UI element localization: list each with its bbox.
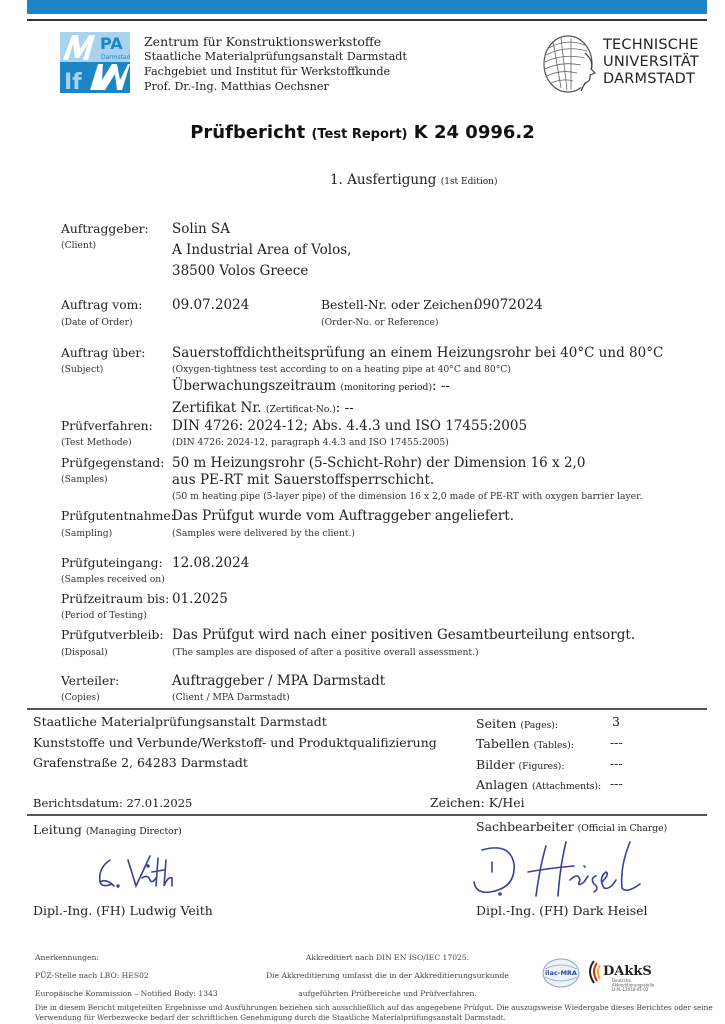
role-label: Leitung — [33, 822, 82, 837]
stat-label-en: (Attachments): — [532, 781, 601, 792]
report-number: K 24 0996.2 — [414, 122, 535, 143]
edition-label: 1. Ausfertigung — [330, 172, 436, 188]
sampling-value: Das Prüfgut wurde vom Auftraggeber angel… — [172, 508, 514, 524]
order-date-value: 09.07.2024 — [172, 297, 249, 313]
accreditation-line: Die Akkreditierung umfasst die in der Ak… — [255, 967, 520, 985]
stat-tables-value: --- — [610, 735, 623, 750]
stat-label: Tabellen — [476, 736, 530, 751]
institute-line: Fachgebiet und Institut für Werkstoffkun… — [144, 64, 407, 79]
sampling-label-en: (Sampling) — [61, 528, 112, 539]
address-line: Staatliche Materialprüfungsanstalt Darms… — [33, 714, 327, 729]
stat-label-en: (Figures): — [519, 761, 565, 772]
samples-label-en: (Samples) — [61, 474, 108, 485]
client-label-en: (Client) — [61, 240, 96, 251]
monitoring-period: Überwachungszeitraum (monitoring period)… — [172, 378, 450, 394]
received-label: Prüfguteingang: — [61, 556, 163, 570]
sampling-label: Prüfgutentnahme: — [61, 509, 175, 523]
disposal-label-en: (Disposal) — [61, 647, 108, 658]
svg-text:If: If — [64, 70, 82, 93]
samples-value-en: (50 m heating pipe (5-layer pipe) of the… — [172, 491, 642, 502]
certificate-number: Zertifikat Nr. (Zertificat-No.): -- — [172, 400, 354, 416]
title-prefix: Prüfbericht — [190, 122, 305, 143]
cert-value: : -- — [336, 400, 354, 416]
title-subtitle: (Test Report) — [311, 127, 407, 142]
copies-value-en: (Client / MPA Darmstadt) — [172, 692, 290, 703]
stat-label: Bilder — [476, 757, 515, 772]
university-line: UNIVERSITÄT — [603, 54, 699, 71]
subject-value: Sauerstoffdichtheitsprüfung an einem Hei… — [172, 345, 663, 361]
disposal-value-en: (The samples are disposed of after a pos… — [172, 647, 479, 658]
dakks-badge: DAkkS Deutsche Akkreditierungsstelle D-P… — [584, 955, 684, 993]
order-date-label: Auftrag vom: — [61, 298, 142, 312]
role-label-en: (Official in Charge) — [578, 823, 668, 834]
copies-value: Auftraggeber / MPA Darmstadt — [172, 673, 385, 689]
top-color-bar — [27, 0, 707, 14]
period-value: 01.2025 — [172, 591, 228, 607]
order-no-value: 09072024 — [474, 297, 543, 313]
disposal-label: Prüfgutverbleib: — [61, 628, 164, 642]
svg-text:PA: PA — [100, 34, 123, 53]
stat-label-en: (Tables): — [534, 740, 574, 751]
section-divider — [27, 708, 707, 710]
left-signer-name: Dipl.-Ing. (FH) Ludwig Veith — [33, 903, 213, 918]
svg-text:DAkkS: DAkkS — [603, 964, 652, 979]
university-name: TECHNISCHE UNIVERSITÄT DARMSTADT — [603, 37, 699, 88]
right-signer-role: Sachbearbeiter (Official in Charge) — [476, 819, 667, 834]
stat-pages: Seiten (Pages): — [476, 716, 558, 731]
samples-line: aus PE-RT mit Sauerstoffsperrschicht. — [172, 472, 434, 488]
institute-header: Zentrum für Konstruktionswerkstoffe Staa… — [144, 34, 407, 94]
recognition-line: Europäische Kommission – Notified Body: … — [35, 989, 218, 998]
method-label: Prüfverfahren: — [61, 419, 153, 433]
university-line: DARMSTADT — [603, 71, 699, 88]
legal-disclaimer: Die in diesem Bericht mitgeteilten Ergeb… — [35, 1003, 715, 1022]
samples-label: Prüfgegenstand: — [61, 456, 164, 470]
report-title: Prüfbericht (Test Report) K 24 0996.2 — [0, 122, 725, 143]
client-address: A Industrial Area of Volos, — [172, 242, 351, 258]
recognitions-label: Anerkennungen: — [35, 953, 99, 962]
address-line: Kunststoffe und Verbunde/Werkstoff- und … — [33, 735, 437, 750]
monitoring-label: Überwachungszeitraum — [172, 378, 336, 394]
accreditation-line: Akkreditiert nach DIN EN ISO/IEC 17025. — [255, 949, 520, 967]
stat-label: Seiten — [476, 716, 516, 731]
institute-line: Prof. Dr.-Ing. Matthias Oechsner — [144, 79, 407, 94]
client-label: Auftraggeber: — [61, 222, 149, 236]
order-no-label-en: (Order-No. or Reference) — [321, 317, 439, 328]
svg-text:Darmstadt: Darmstadt — [101, 54, 130, 61]
order-date-label-en: (Date of Order) — [61, 317, 133, 328]
svg-text:D-PL-12018-01-02: D-PL-12018-01-02 — [612, 987, 649, 992]
accreditation-statement: Akkreditiert nach DIN EN ISO/IEC 17025. … — [255, 949, 520, 1003]
monitoring-value: : -- — [432, 378, 450, 394]
stat-figures: Bilder (Figures): — [476, 757, 564, 772]
stat-label-en: (Pages): — [520, 720, 558, 731]
address-line: Grafenstraße 2, 64283 Darmstadt — [33, 755, 248, 770]
received-label-en: (Samples received on) — [61, 574, 165, 585]
subject-label-en: (Subject) — [61, 364, 103, 375]
stat-attachments: Anlagen (Attachments): — [476, 777, 601, 792]
period-label-en: (Period of Testing) — [61, 610, 147, 621]
stat-pages-value: 3 — [612, 714, 620, 729]
institute-line: Zentrum für Konstruktionswerkstoffe — [144, 34, 407, 49]
role-label-en: (Managing Director) — [86, 826, 182, 837]
copies-label-en: (Copies) — [61, 692, 100, 703]
signature-veith — [92, 848, 187, 893]
athena-head-logo — [541, 33, 599, 95]
svg-text:ilac-MRA: ilac-MRA — [545, 969, 577, 977]
stat-attachments-value: --- — [610, 776, 623, 791]
client-name: Solin SA — [172, 221, 230, 237]
method-value-en: (DIN 4726: 2024-12, paragraph 4.4.3 and … — [172, 437, 449, 448]
stat-figures-value: --- — [610, 756, 623, 771]
subject-label: Auftrag über: — [61, 346, 145, 360]
method-label-en: (Test Methode) — [61, 437, 132, 448]
section-divider — [27, 814, 707, 816]
monitoring-label-en: (monitoring period) — [340, 382, 432, 393]
accreditation-line: aufgeführten Prüfbereiche und Prüfverfah… — [255, 985, 520, 1003]
header-rule — [27, 19, 707, 21]
ilac-mra-badge: ilac-MRA — [541, 957, 581, 989]
copies-label: Verteiler: — [61, 674, 119, 688]
order-no-label: Bestell-Nr. oder Zeichen: — [321, 298, 477, 312]
sampling-value-en: (Samples were delivered by the client.) — [172, 528, 355, 539]
left-signer-role: Leitung (Managing Director) — [33, 822, 182, 837]
role-label: Sachbearbeiter — [476, 819, 574, 834]
received-value: 12.08.2024 — [172, 555, 249, 571]
stat-tables: Tabellen (Tables): — [476, 736, 574, 751]
period-label: Prüfzeitraum bis: — [61, 592, 169, 606]
samples-line: 50 m Heizungsrohr (5-Schicht-Rohr) der D… — [172, 455, 585, 471]
method-value: DIN 4726: 2024-12; Abs. 4.4.3 und ISO 17… — [172, 418, 527, 434]
signature-heisel — [470, 836, 650, 900]
university-line: TECHNISCHE — [603, 37, 699, 54]
stat-label: Anlagen — [476, 777, 528, 792]
subject-value-en: (Oxygen-tightness test according to on a… — [172, 364, 511, 375]
cert-label-en: (Zertificat-No.) — [266, 404, 336, 415]
edition-note: (1st Edition) — [441, 177, 498, 187]
recognition-line: PÜZ-Stelle nach LBO: HES02 — [35, 971, 149, 980]
disposal-value: Das Prüfgut wird nach einer positiven Ge… — [172, 627, 635, 643]
report-date: Berichtsdatum: 27.01.2025 — [33, 796, 192, 810]
mpa-ifw-logo: PA Darmstadt If — [60, 32, 130, 93]
client-city: 38500 Volos Greece — [172, 263, 308, 279]
right-signer-name: Dipl.-Ing. (FH) Dark Heisel — [476, 903, 648, 918]
reference-sign: Zeichen: K/Hei — [430, 795, 525, 810]
institute-line: Staatliche Materialprüfungsanstalt Darms… — [144, 49, 407, 64]
edition: 1. Ausfertigung (1st Edition) — [330, 172, 497, 188]
cert-label: Zertifikat Nr. — [172, 400, 262, 416]
